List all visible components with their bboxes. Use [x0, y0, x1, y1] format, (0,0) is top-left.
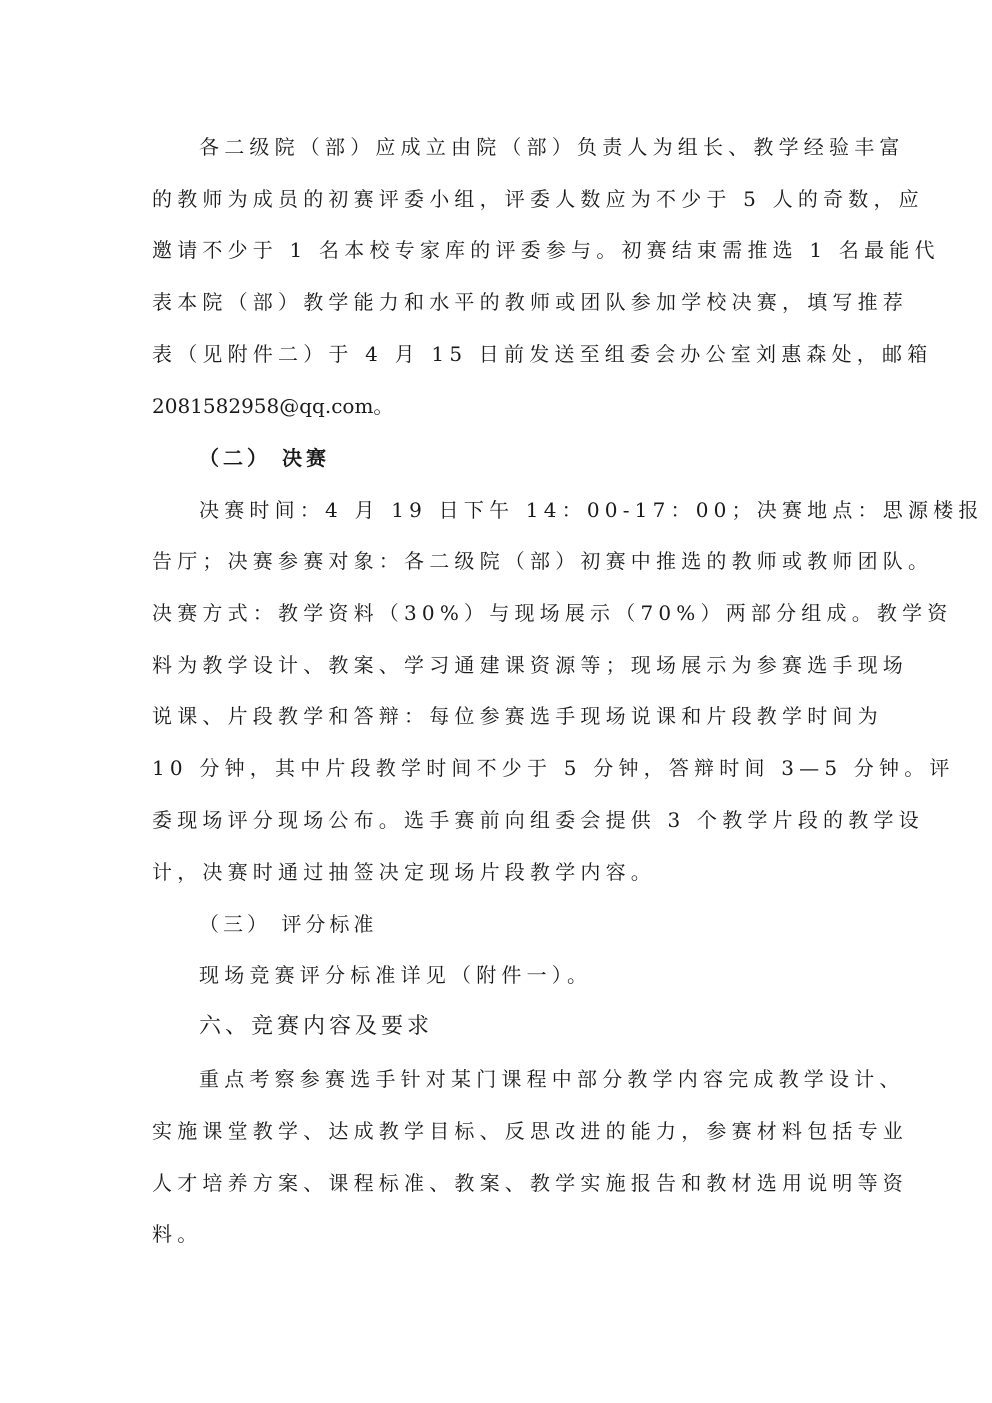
paragraph-2-line-1: 决赛时间：4 月 19 日下午 14：00-17：00；决赛地点：思源楼报: [199, 495, 842, 525]
section-heading-competition-content: 六、竞赛内容及要求: [199, 1012, 842, 1042]
paragraph-2-line-7: 委现场评分现场公布。选手赛前向组委会提供 3 个教学片段的教学设: [152, 805, 842, 835]
paragraph-4-line-1: 重点考察参赛选手针对某门课程中部分教学内容完成教学设计、: [199, 1064, 842, 1094]
paragraph-4-line-3: 人才培养方案、课程标准、教案、教学实施报告和教材选用说明等资: [152, 1168, 842, 1198]
paragraph-1-line-5: 表（见附件二）于 4 月 15 日前发送至组委会办公室刘惠森处，邮箱: [152, 339, 842, 369]
paragraph-2-line-5: 说课、片段教学和答辩：每位参赛选手现场说课和片段教学时间为: [152, 701, 842, 731]
paragraph-1-line-4: 表本院（部）教学能力和水平的教师或团队参加学校决赛，填写推荐: [152, 287, 842, 317]
paragraph-4-line-4: 料。: [152, 1219, 842, 1249]
subheading-final-round: （二） 决赛: [199, 443, 842, 473]
paragraph-1-line-6-email: 2081582958@qq.com。: [152, 391, 842, 421]
paragraph-4-line-2: 实施课堂教学、达成教学目标、反思改进的能力，参赛材料包括专业: [152, 1116, 842, 1146]
paragraph-2-line-4: 料为教学设计、教案、学习通建课资源等；现场展示为参赛选手现场: [152, 650, 842, 680]
paragraph-1-line-1: 各二级院（部）应成立由院（部）负责人为组长、教学经验丰富: [199, 132, 842, 162]
paragraph-1-line-3: 邀请不少于 1 名本校专家库的评委参与。初赛结束需推选 1 名最能代: [152, 235, 842, 265]
paragraph-1-line-2: 的教师为成员的初赛评委小组，评委人数应为不少于 5 人的奇数，应: [152, 184, 842, 214]
paragraph-3-line-1: 现场竞赛评分标准详见（附件一）。: [199, 960, 842, 990]
paragraph-2-line-6: 10 分钟，其中片段教学时间不少于 5 分钟，答辩时间 3—5 分钟。评: [152, 753, 842, 783]
paragraph-2-line-8: 计，决赛时通过抽签决定现场片段教学内容。: [152, 857, 842, 887]
document-page: 各二级院（部）应成立由院（部）负责人为组长、教学经验丰富 的教师为成员的初赛评委…: [0, 0, 992, 1403]
paragraph-2-line-3: 决赛方式：教学资料（30%）与现场展示（70%）两部分组成。教学资: [152, 598, 842, 628]
paragraph-2-line-2: 告厅；决赛参赛对象：各二级院（部）初赛中推选的教师或教师团队。: [152, 546, 842, 576]
subheading-scoring-criteria: （三） 评分标准: [199, 909, 842, 939]
